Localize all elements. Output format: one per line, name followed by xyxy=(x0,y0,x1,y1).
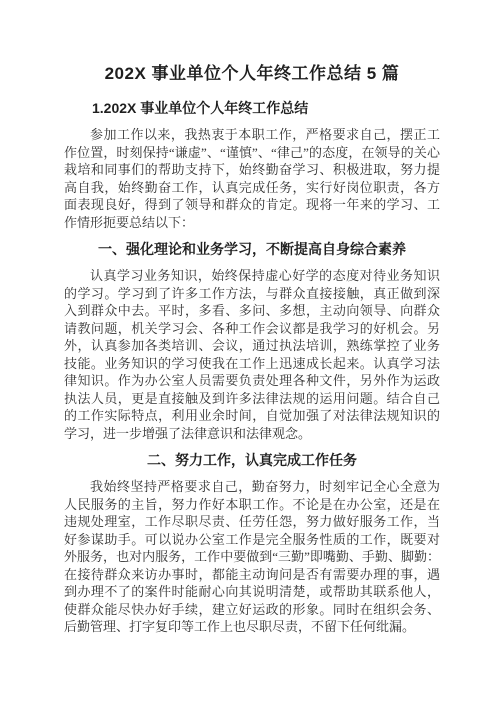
section-heading-2: 二、努力工作，认真完成工作任务 xyxy=(64,450,440,470)
intro-paragraph: 参加工作以来，我热衷于本职工作，严格要求自己，摆正工作位置，时刻保持“谦虚”、“… xyxy=(64,126,440,231)
document-subtitle: 1.202X 事业单位个人年终工作总结 xyxy=(64,98,440,118)
section-2-paragraph: 我始终坚持严格要求自己，勤奋努力，时刻牢记全心全意为人民服务的主旨，努力作好本职… xyxy=(64,478,440,636)
document-page: 202X 事业单位个人年终工作总结 5 篇 1.202X 事业单位个人年终工作总… xyxy=(0,0,500,708)
section-heading-1: 一、强化理论和业务学习，不断提高自身综合素养 xyxy=(64,239,440,259)
section-1-paragraph: 认真学习业务知识，始终保持虚心好学的态度对待业务知识的学习。学习到了许多工作方法… xyxy=(64,267,440,442)
document-title: 202X 事业单位个人年终工作总结 5 篇 xyxy=(64,62,440,86)
